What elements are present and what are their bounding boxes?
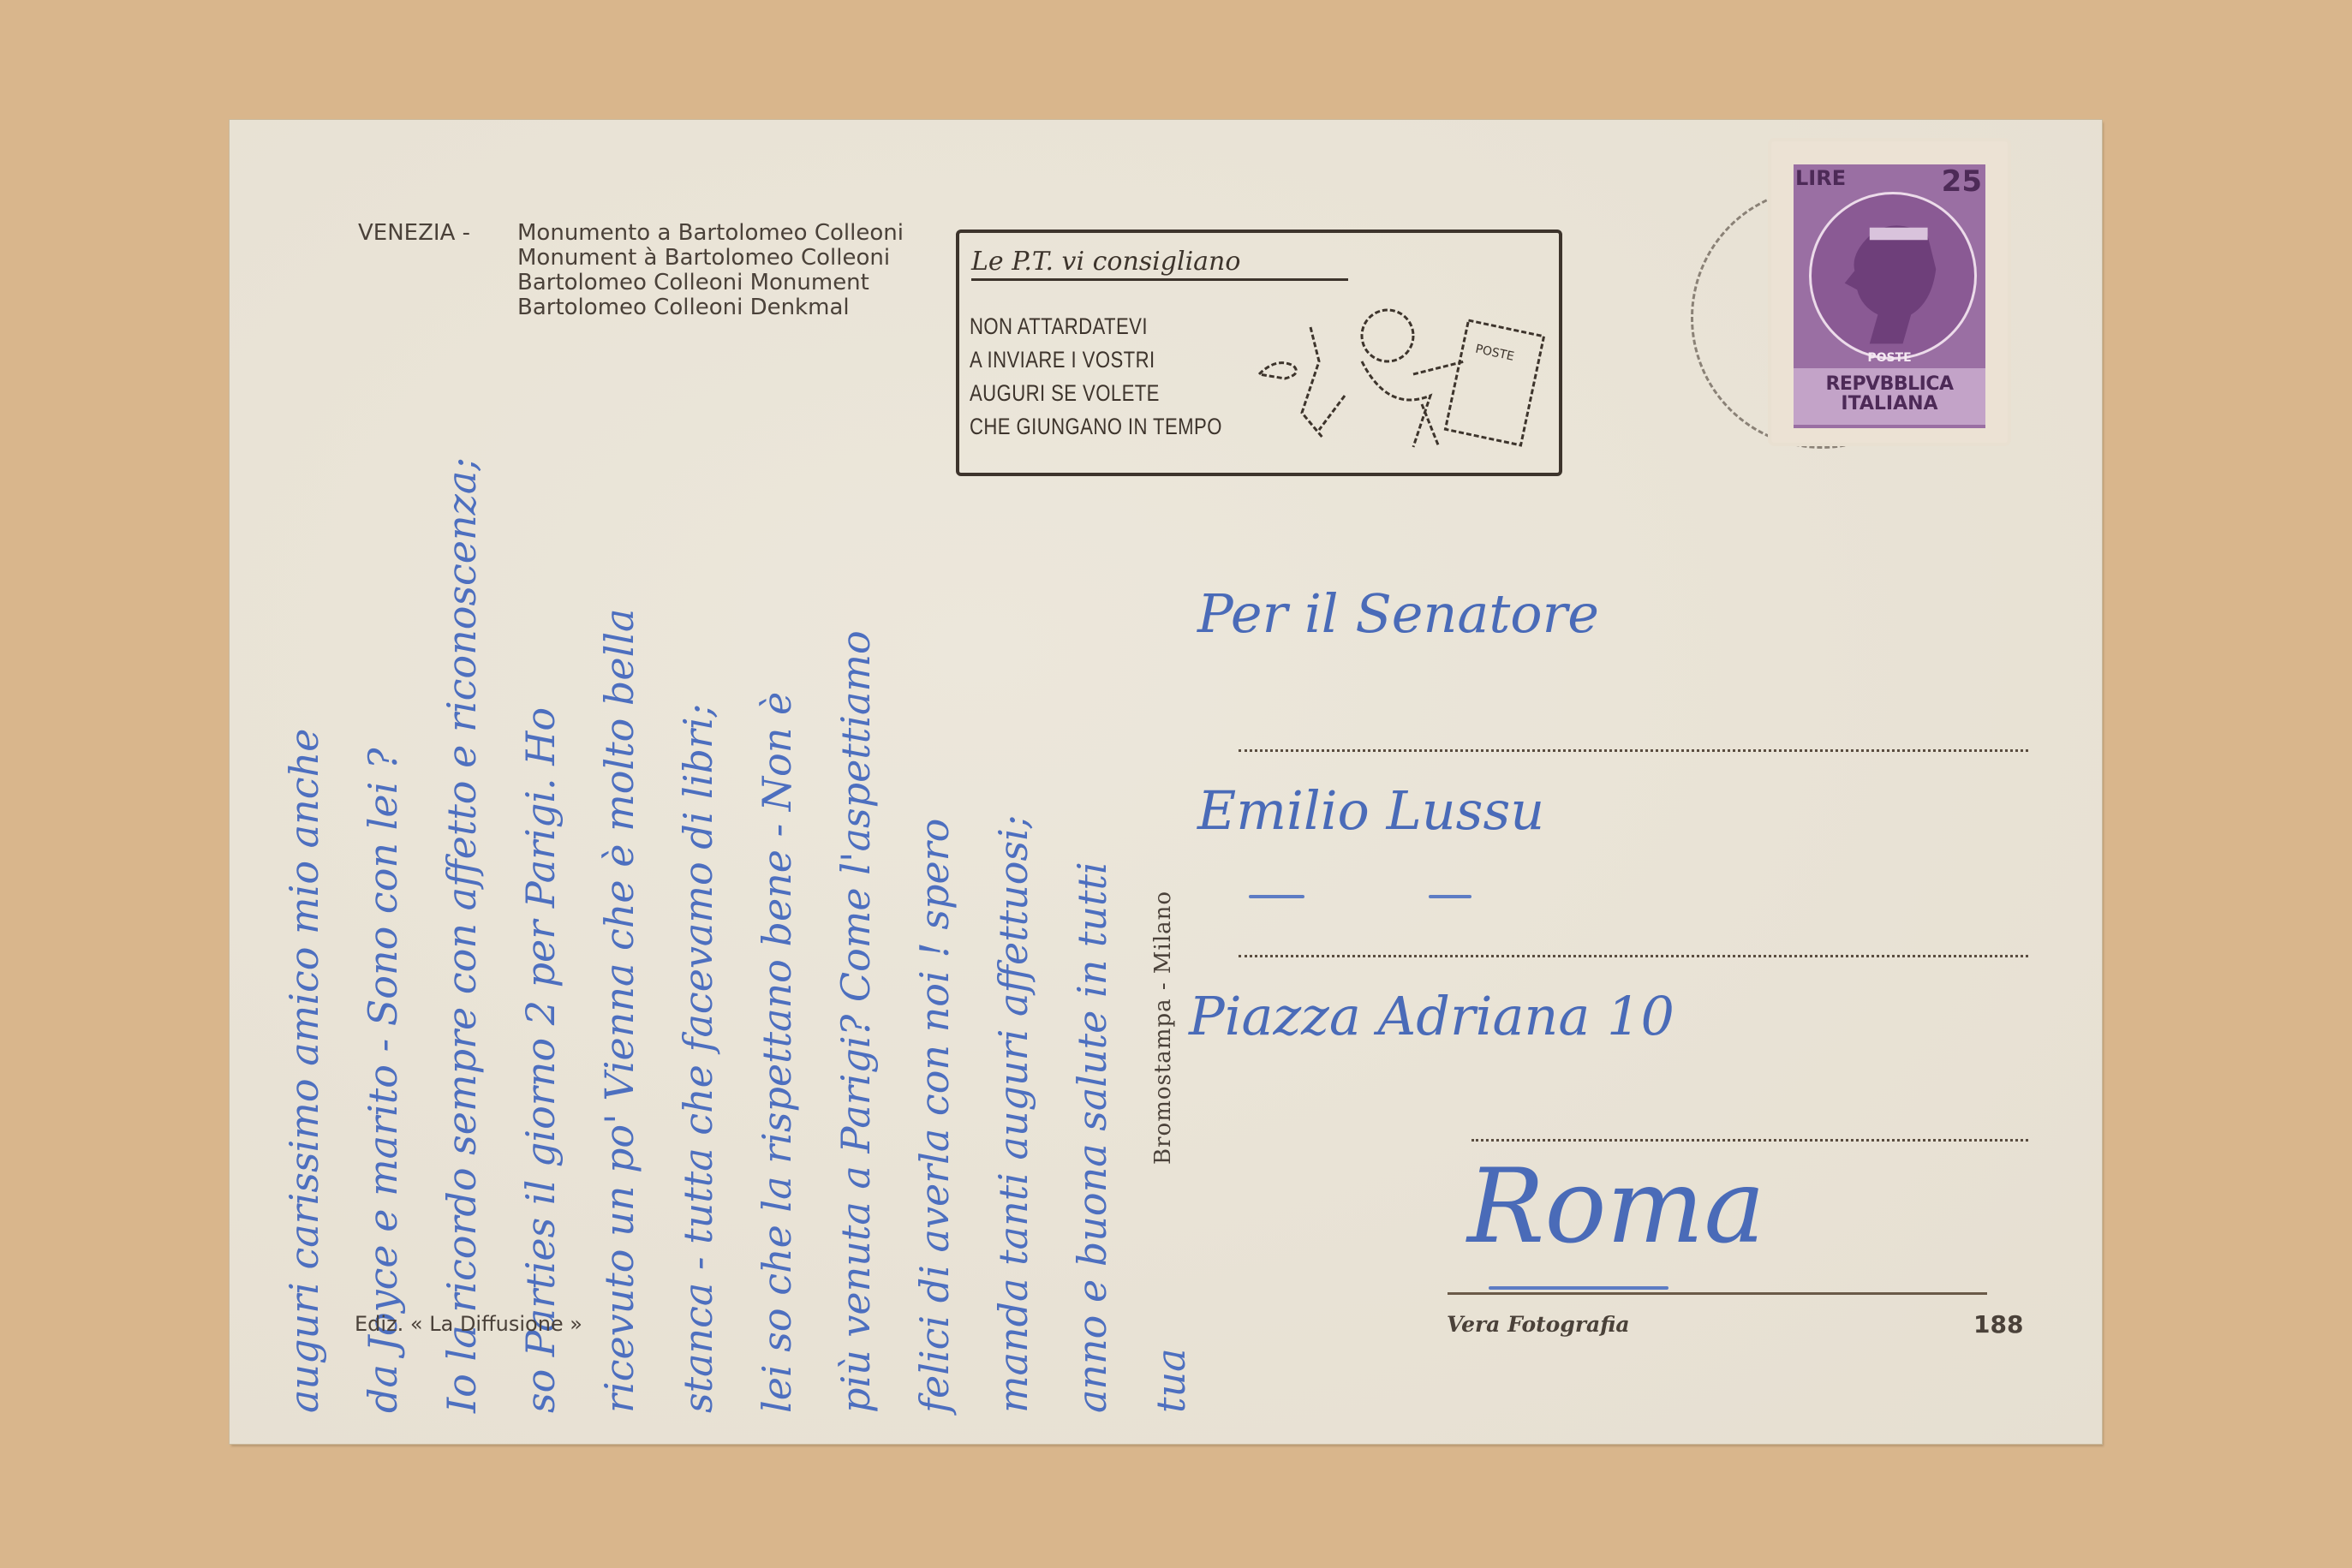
printer-imprint: Bromostampa - Milano bbox=[1150, 891, 1176, 1165]
caption-line: Bartolomeo Colleoni Monument bbox=[358, 271, 904, 295]
message-line: auguri carissimo amico mio anche bbox=[281, 729, 327, 1413]
slogan-line: A INVIARE I VOSTRI bbox=[970, 343, 1222, 377]
address-recipient-name: Emilio Lussu bbox=[1197, 779, 1544, 842]
caption-line: Monument à Bartolomeo Colleoni bbox=[358, 246, 904, 271]
stamp-poste-label: POSTE bbox=[1794, 351, 1985, 365]
message-line: stanca - tutta che facevamo di libri; bbox=[675, 704, 721, 1413]
card-number: 188 bbox=[1973, 1310, 2023, 1338]
card-caption: VENEZIA -Monumento a Bartolomeo Colleoni… bbox=[358, 221, 904, 320]
mailbox-label: POSTE bbox=[1474, 343, 1515, 364]
caption-place: VENEZIA - bbox=[358, 221, 517, 246]
address-line-4 bbox=[1448, 1292, 1987, 1295]
stamp-design: LIRE 25 POSTE REPVBBLICA ITALIANA bbox=[1794, 164, 1985, 428]
message-line: ricevuto un po' Vienna che è molto bella bbox=[596, 609, 642, 1413]
message-line: so Parties il giorno 2 per Parigi. Ho bbox=[517, 707, 564, 1413]
caption-line: Monumento a Bartolomeo Colleoni bbox=[517, 220, 904, 246]
message-line: lei so che la rispettano bene - Non è bbox=[754, 692, 800, 1413]
series-imprint: Vera Fotografia bbox=[1447, 1312, 1630, 1337]
postage-stamp: LIRE 25 POSTE REPVBBLICA ITALIANA bbox=[1771, 141, 2008, 443]
cancel-heading: Le P.T. vi consigliano bbox=[971, 247, 1348, 281]
slogan-line: CHE GIUNGANO IN TEMPO bbox=[970, 410, 1222, 444]
address-line-3 bbox=[1471, 1139, 2028, 1142]
address-recipient-title: Per il Senatore bbox=[1197, 582, 1599, 645]
name-underline bbox=[1249, 895, 1304, 898]
message-line: tua bbox=[1148, 1348, 1194, 1413]
running-postman-icon: POSTE bbox=[1242, 293, 1550, 464]
message-line: anno e buona salute in tutti bbox=[1069, 862, 1115, 1413]
stamp-country-line2: ITALIANA bbox=[1794, 394, 1985, 414]
address-line-1 bbox=[1239, 749, 2028, 752]
stamp-currency: LIRE bbox=[1795, 166, 1846, 190]
address-line-2 bbox=[1239, 955, 2028, 957]
message-line: felici di averla con noi ! spero bbox=[911, 819, 958, 1413]
stamp-country-line1: REPVBBLICA bbox=[1794, 368, 1985, 394]
message-line: manda tanti auguri affettuosi; bbox=[990, 815, 1036, 1413]
edition-imprint: Ediz. « La Diffusione » bbox=[355, 1312, 582, 1336]
message-line: più venuta a Parigi? Come l'aspettiamo bbox=[833, 630, 879, 1413]
slogan-line: NON ATTARDATEVI bbox=[970, 310, 1222, 343]
surname-underline bbox=[1429, 895, 1471, 898]
slogan-line: AUGURI SE VOLETE bbox=[970, 377, 1222, 410]
stamp-value: 25 bbox=[1942, 164, 1982, 199]
address-street: Piazza Adriana 10 bbox=[1189, 985, 1674, 1047]
caption-line: Bartolomeo Colleoni Denkmal bbox=[358, 295, 904, 320]
slogan-cancellation: Le P.T. vi consigliano NON ATTARDATEVI A… bbox=[956, 230, 1562, 476]
cancel-slogan: NON ATTARDATEVI A INVIARE I VOSTRI AUGUR… bbox=[970, 310, 1222, 444]
italia-turrita-portrait-icon bbox=[1809, 192, 1977, 360]
address-city: Roma bbox=[1467, 1148, 1765, 1267]
postcard-back: VENEZIA -Monumento a Bartolomeo Colleoni… bbox=[230, 120, 2102, 1444]
city-underline bbox=[1489, 1286, 1668, 1290]
message-line: Io la ricordo sempre con affetto e ricon… bbox=[439, 457, 485, 1413]
